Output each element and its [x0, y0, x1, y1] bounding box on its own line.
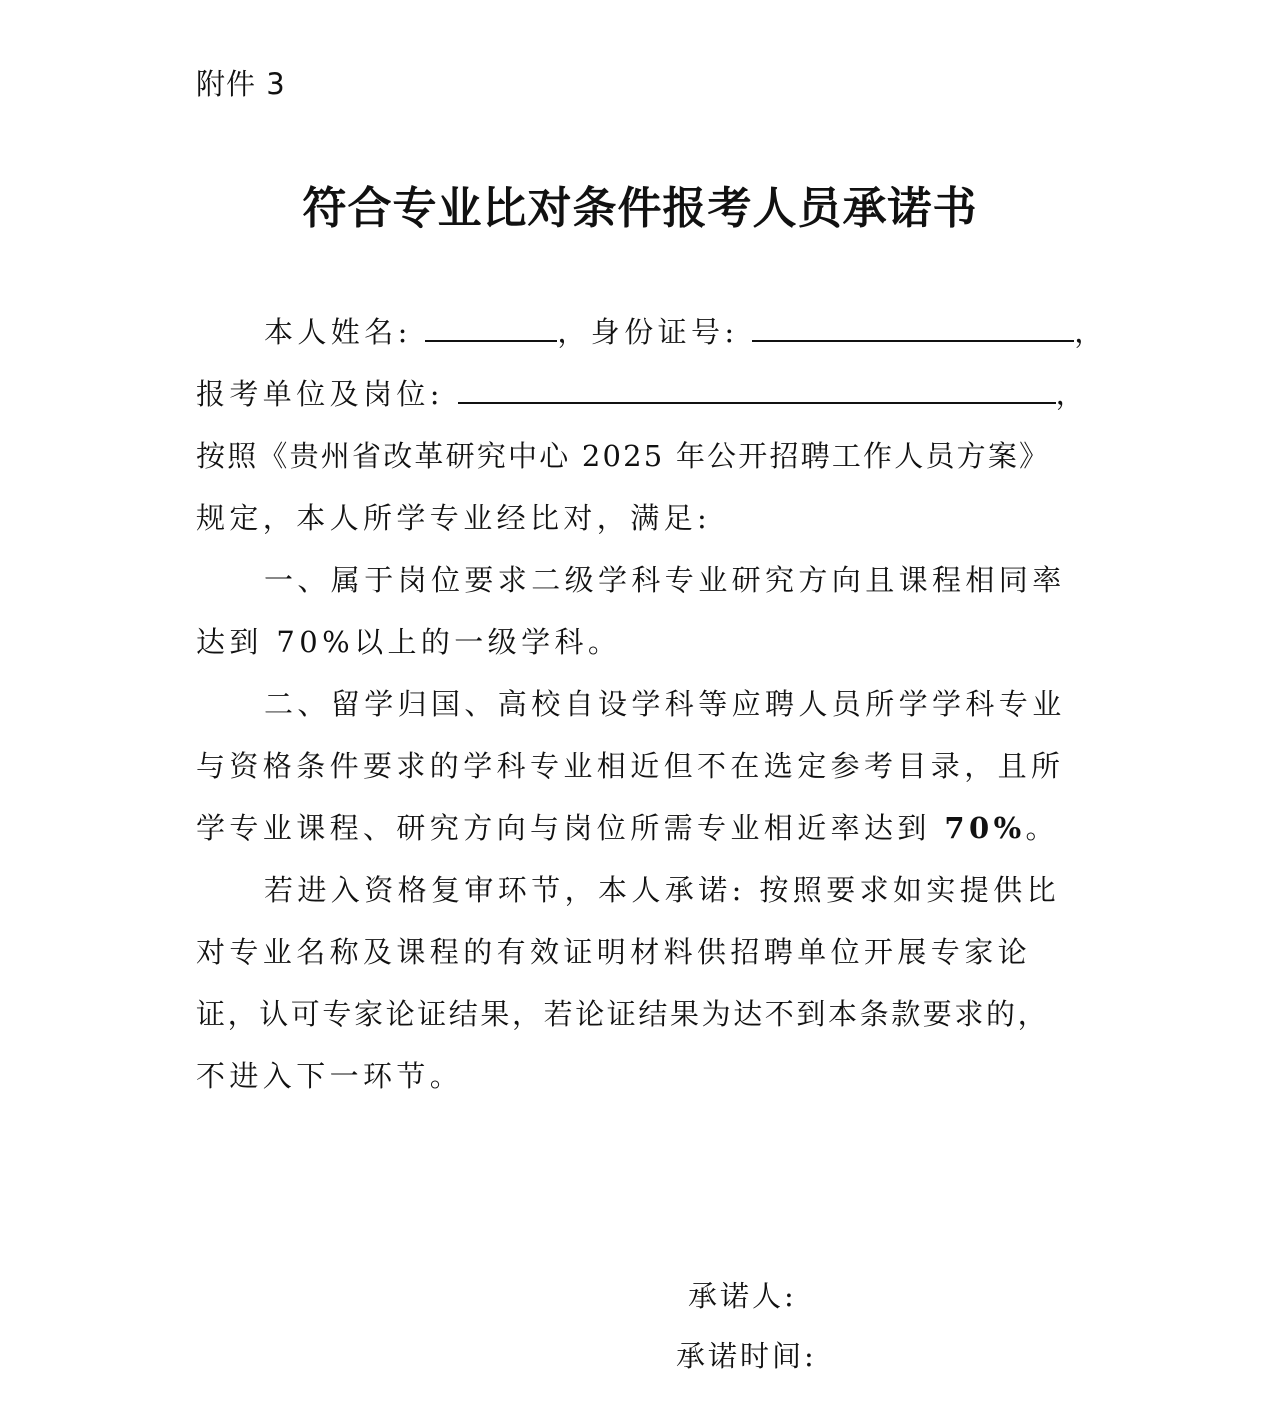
item2-percent-bold: 70%	[944, 811, 1025, 845]
intro-line-2: 规定，本人所学专业经比对，满足:	[196, 498, 1088, 538]
document-title: 符合专业比对条件报考人员承诺书	[0, 172, 1280, 236]
item1-line-2: 达到 70%以上的一级学科。	[196, 622, 1088, 662]
id-label: ，身份证号:	[557, 315, 738, 349]
item1-line-1: 一、属于岗位要求二级学科专业研究方向且课程相同率	[196, 560, 1156, 600]
item2-line-3-end: 。	[1026, 811, 1059, 845]
promise-line-4: 不进入下一环节。	[196, 1056, 1088, 1096]
form-line-name-id: 本人姓名: ，身份证号: ，	[196, 312, 1156, 352]
promise-line-3: 证，认可专家论证结果，若论证结果为达不到本条款要求的，	[196, 994, 1088, 1034]
item2-line-3-text: 学专业课程、研究方向与岗位所需专业相近率达到	[196, 811, 944, 845]
name-field[interactable]	[425, 312, 557, 342]
item2-line-1: 二、留学归国、高校自设学科等应聘人员所学学科专业	[196, 684, 1156, 724]
item2-line-2: 与资格条件要求的学科专业相近但不在选定参考目录，且所	[196, 746, 1088, 786]
id-number-field[interactable]	[752, 312, 1074, 342]
promise-line-2: 对专业名称及课程的有效证明材料供招聘单位开展专家论	[196, 932, 1088, 972]
comma: ，	[1056, 377, 1089, 411]
comma: ，	[1074, 315, 1107, 349]
signer-label: 承诺人:	[688, 1274, 797, 1315]
date-label: 承诺时间:	[676, 1334, 817, 1375]
name-label: 本人姓名:	[264, 315, 412, 349]
intro-line-1: 按照《贵州省改革研究中心 2025 年公开招聘工作人员方案》	[196, 436, 1088, 476]
unit-label: 报考单位及岗位:	[196, 377, 444, 411]
unit-position-field[interactable]	[458, 374, 1056, 404]
form-line-unit: 报考单位及岗位: ，	[196, 374, 1088, 414]
item2-line-3: 学专业课程、研究方向与岗位所需专业相近率达到 70%。	[196, 808, 1088, 848]
attachment-label: 附件 3	[196, 62, 286, 103]
promise-line-1: 若进入资格复审环节，本人承诺: 按照要求如实提供比	[196, 870, 1156, 910]
